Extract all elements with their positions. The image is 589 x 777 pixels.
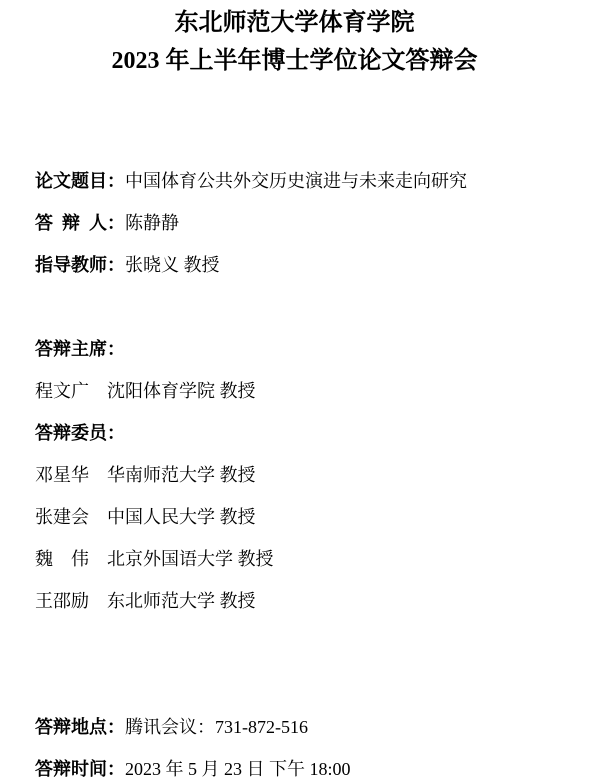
document-header: 东北师范大学体育学院 2023 年上半年博士学位论文答辩会	[0, 0, 589, 80]
document-body: 论文题目：中国体育公共外交历史演进与未来走向研究 答 辩 人：陈静静 指导教师：…	[0, 118, 589, 748]
thesis-title-value: 中国体育公共外交历史演进与未来走向研究	[125, 171, 467, 191]
venue-label: 答辩地点：	[35, 717, 125, 737]
time-value: 2023 年 5 月 23 日 下午 18:00	[125, 759, 351, 777]
chair-member: 程文广 沈阳体育学院 教授	[35, 381, 256, 401]
supervisor-label: 指导教师：	[35, 255, 125, 275]
thesis-title-line: 论文题目：中国体育公共外交历史演进与未来走向研究	[8, 118, 581, 160]
supervisor-value: 张晓义 教授	[125, 255, 220, 275]
time-label: 答辩时间：	[35, 759, 125, 777]
committee-label: 答辩委员：	[35, 423, 125, 443]
candidate-value: 陈静静	[125, 213, 179, 233]
chair-label: 答辩主席：	[35, 339, 125, 359]
chair-section-heading: 答辩主席：	[8, 286, 581, 328]
committee-member: 邓星华 华南师范大学 教授	[35, 465, 256, 485]
thesis-title-label: 论文题目：	[35, 171, 125, 191]
candidate-label: 答 辩 人：	[35, 213, 125, 233]
committee-member: 魏 伟 北京外国语大学 教授	[35, 549, 274, 569]
document-title: 东北师范大学体育学院	[0, 4, 589, 42]
document-subtitle: 2023 年上半年博士学位论文答辩会	[0, 42, 589, 80]
committee-member: 王邵励 东北师范大学 教授	[35, 591, 256, 611]
venue-line: 答辩地点：腾讯会议：731-872-516	[8, 664, 581, 706]
spacer	[8, 622, 581, 664]
defense-announcement-document: 东北师范大学体育学院 2023 年上半年博士学位论文答辩会 论文题目：中国体育公…	[0, 0, 589, 777]
venue-value: 腾讯会议：731-872-516	[125, 717, 308, 737]
committee-member: 张建会 中国人民大学 教授	[35, 507, 256, 527]
